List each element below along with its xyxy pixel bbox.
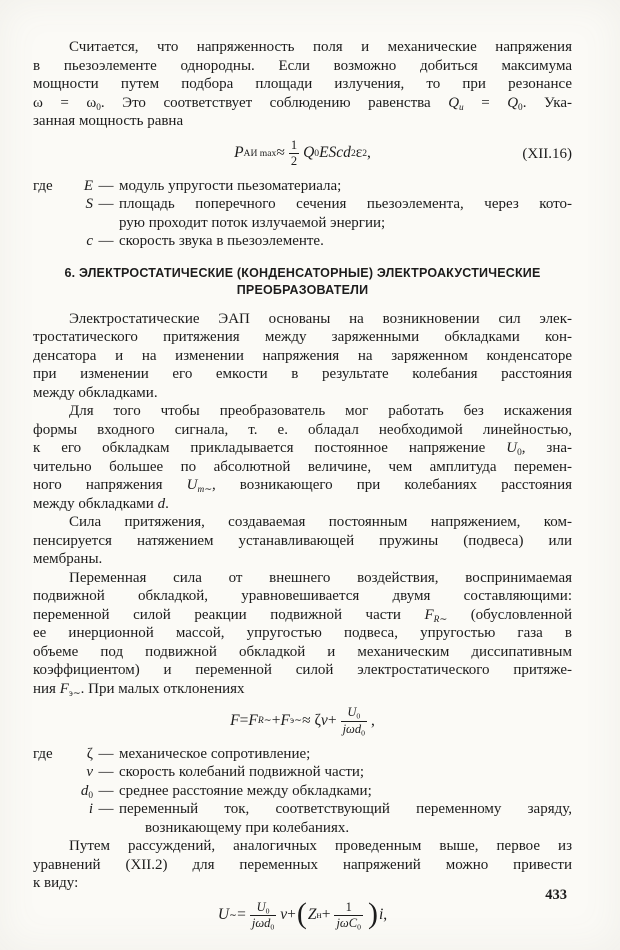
symbol: c (67, 232, 93, 251)
dash: — (93, 195, 119, 232)
definition-text: модуль упругости пьезоматериала; (119, 177, 572, 196)
text-line: Для того чтобы преобразователь мог работ… (33, 402, 572, 421)
where-word (33, 232, 67, 251)
fraction: 1jωC0 (334, 900, 363, 932)
definition-item: i — переменный ток, соответствующий пере… (33, 800, 572, 837)
text-line: денсатора и на изменении напряжения на з… (33, 347, 572, 366)
equation-force-balance: F = FR∼ + Fэ∼ ≈ ζv + U0jωd0 , (33, 705, 572, 737)
definition-text: механическое сопротивление; (119, 745, 572, 764)
section-heading-line: ПРЕОБРАЗОВАТЕЛИ (33, 282, 572, 299)
symbol-definitions-1: где E — модуль упругости пьезоматериала;… (33, 177, 572, 251)
equation-mid: v + (280, 906, 296, 925)
dash: — (93, 763, 119, 782)
text-line: механическое сопротивление; (119, 746, 310, 762)
text-line: между обкладками. (33, 384, 572, 403)
paragraph-electrostatic-principle: Электростатические ЭАП основаны на возни… (33, 310, 572, 403)
text-line: ного напряжения Um∼, возникающего при ко… (33, 476, 572, 495)
equation-lhs: U∼ = (218, 906, 246, 925)
definition-text: среднее расстояние между обкладками; (119, 782, 572, 801)
text-line: уравнений (XII.2) для переменных напряже… (33, 856, 572, 875)
text-line: тростатического притяжения между заряжен… (33, 328, 572, 347)
text-line: переменный ток, соответствующий переменн… (119, 800, 572, 819)
paragraph-linearity: Для того чтобы преобразователь мог работ… (33, 402, 572, 513)
fraction-denominator: jωC0 (334, 916, 363, 932)
text-line: занная мощность равна (33, 112, 572, 131)
fraction-denominator: jωd0 (250, 916, 276, 932)
dash: — (93, 800, 119, 837)
text-line: среднее расстояние между обкладками; (119, 783, 372, 799)
equation-number: (XII.16) (522, 144, 572, 163)
where-word: где (33, 745, 67, 764)
definition-item: S — площадь поперечного сечения пьезоэле… (33, 195, 572, 232)
text-line: коэффициентом) и переменной силой электр… (33, 661, 572, 680)
text-line: Сила притяжения, создаваемая постоянным … (33, 513, 572, 532)
text-line: при изменении его емкости в результате к… (33, 365, 572, 384)
dash: — (93, 177, 119, 196)
equation-voltage: U∼ = U0jωd0 v + ( Zн + 1jωC0 ) i, (33, 900, 572, 932)
text-line: в пьезоэлементе однородны. Если возможно… (33, 57, 572, 76)
symbol: ζ (67, 745, 93, 764)
fraction-numerator: 1 (334, 900, 363, 917)
definition-text: скорость колебаний подвижной части; (119, 763, 572, 782)
fraction-denominator: 2 (289, 154, 299, 170)
text-line: пенсируется натяжением устанавливающей п… (33, 532, 572, 551)
symbol: i (67, 800, 93, 837)
text-line: Электростатические ЭАП основаны на возни… (33, 310, 572, 329)
symbol: v (67, 763, 93, 782)
text-line: скорость колебаний подвижной части; (119, 764, 364, 780)
equation-lhs: PАИ max ≈ (234, 144, 285, 163)
text-line: подвижной обкладкой, уравновешивается дв… (33, 587, 572, 606)
symbol: E (67, 177, 93, 196)
paragraph-piezo-power: Считается, что напряженность поля и меха… (33, 38, 572, 131)
text-line: мембраны. (33, 550, 572, 569)
fraction-numerator: U0 (250, 900, 276, 917)
paragraph-attraction-force: Сила притяжения, создаваемая постоянным … (33, 513, 572, 569)
dash: — (93, 782, 119, 801)
text-line: ее инерционной массой, упругостью подвес… (33, 624, 572, 643)
text-line: Путем рассуждений, аналогичных проведенн… (33, 837, 572, 856)
text-line: чительно большее по абсолютной величине,… (33, 458, 572, 477)
text-line: мощности путем подбора площади излучения… (33, 75, 572, 94)
text-line: между обкладками d. (33, 495, 572, 514)
equation-lhs: F = FR∼ + Fэ∼ ≈ ζv + (230, 712, 336, 731)
fraction-numerator: U0 (341, 705, 367, 722)
equation-inner: Zн + (308, 906, 331, 925)
text-line: ния Fэ∼. При малых отклонениях (33, 680, 572, 699)
where-word (33, 800, 67, 837)
equation-rhs: Q0EScd2ε2, (303, 144, 371, 163)
text-line: площадь поперечного сечения пьезоэлемент… (119, 195, 572, 214)
text-line: переменной силой реакции подвижной части… (33, 606, 572, 625)
symbol: S (67, 195, 93, 232)
text-line: ω = ω0. Это соответствует соблюдению рав… (33, 94, 572, 113)
definition-item: v — скорость колебаний подвижной части; (33, 763, 572, 782)
where-word (33, 782, 67, 801)
text-line: модуль упругости пьезоматериала; (119, 178, 341, 194)
text-line: объеме под подвижной обкладкой и механич… (33, 643, 572, 662)
paragraph-derivation: Путем рассуждений, аналогичных проведенн… (33, 837, 572, 893)
page-body: Считается, что напряженность поля и меха… (0, 0, 620, 932)
paragraph-variable-force: Переменная сила от внешнего воздействия,… (33, 569, 572, 699)
definition-item: c — скорость звука в пьезоэлементе. (33, 232, 572, 251)
dash: — (93, 745, 119, 764)
equation-tail: , (371, 712, 375, 731)
definition-text: переменный ток, соответствующий переменн… (119, 800, 572, 837)
text-line: Считается, что напряженность поля и меха… (33, 38, 572, 57)
equation-xii-16: PАИ max ≈ 12 Q0EScd2ε2, (XII.16) (33, 138, 572, 170)
section-heading: 6. ЭЛЕКТРОСТАТИЧЕСКИЕ (КОНДЕНСАТОРНЫЕ) Э… (33, 265, 572, 299)
symbol-definitions-2: где ζ — механическое сопротивление; v — … (33, 745, 572, 838)
text-line: формы входного сигнала, т. е. обладал не… (33, 421, 572, 440)
text-line: к его обкладкам прикладывается постоянно… (33, 439, 572, 458)
symbol: d0 (67, 782, 93, 801)
dash: — (93, 232, 119, 251)
page-number: 433 (545, 887, 567, 904)
fraction: U0jωd0 (341, 705, 367, 737)
text-line: Переменная сила от внешнего воздействия,… (33, 569, 572, 588)
definition-item: d0 — среднее расстояние между обкладками… (33, 782, 572, 801)
definition-item: где E — модуль упругости пьезоматериала; (33, 177, 572, 196)
fraction-numerator: 1 (289, 138, 299, 155)
fraction-denominator: jωd0 (341, 722, 367, 738)
where-word: где (33, 177, 67, 196)
text-line: рую проходит поток излучаемой энергии; (119, 214, 572, 233)
where-word (33, 763, 67, 782)
section-heading-line: 6. ЭЛЕКТРОСТАТИЧЕСКИЕ (КОНДЕНСАТОРНЫЕ) Э… (33, 265, 572, 282)
text-line: к виду: (33, 874, 572, 893)
where-word (33, 195, 67, 232)
fraction: U0jωd0 (250, 900, 276, 932)
fraction: 12 (289, 138, 299, 170)
equation-tail: i, (379, 906, 387, 925)
book-page: Считается, что напряженность поля и меха… (0, 0, 620, 950)
text-line: скорость звука в пьезоэлементе. (119, 233, 324, 249)
text-line: возникающему при колебаниях. (119, 819, 572, 838)
definition-text: скорость звука в пьезоэлементе. (119, 232, 572, 251)
definition-item: где ζ — механическое сопротивление; (33, 745, 572, 764)
definition-text: площадь поперечного сечения пьезоэлемент… (119, 195, 572, 232)
